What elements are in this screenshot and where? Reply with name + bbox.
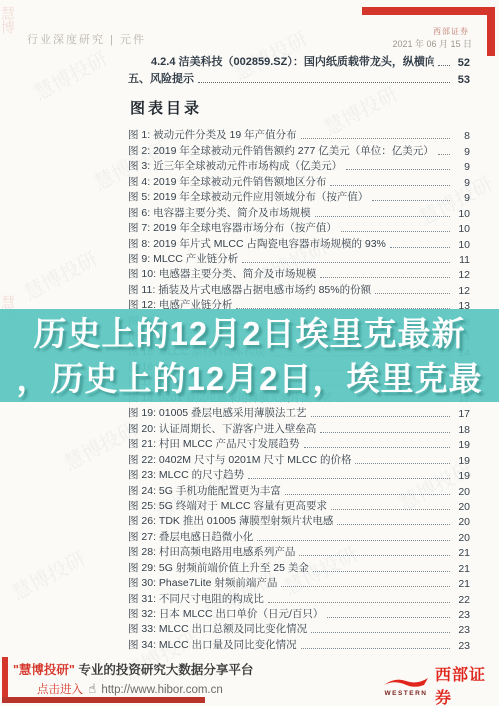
toc-row[interactable]: 图 25: 5G 终端对于 MLCC 容量有更高要求20: [128, 498, 470, 513]
corner-decoration-bottom: [2, 697, 205, 703]
toc-row[interactable]: 图 30: Phase7Lite 射频前端产品21: [128, 575, 470, 590]
toc-row[interactable]: 图 22: 0402M 尺寸与 0201M 尺寸 MLCC 的价格19: [128, 451, 470, 466]
dotted-leader: [341, 231, 450, 232]
western-securities-logo: WESTERN 西部证券: [383, 662, 499, 706]
toc-entry-page: 10: [454, 223, 470, 235]
toc-entry-page: 20: [454, 501, 470, 513]
toc-row[interactable]: 图 3: 近三年全球被动元件市场构成（亿美元）9: [128, 158, 470, 173]
toc-entry-page: 10: [454, 208, 470, 220]
toc-entry-label: 图 9: MLCC 产业链分析: [128, 251, 238, 266]
toc-entry-page: 53: [454, 74, 470, 86]
report-page: 慧博投研慧博投研慧博投研慧博投研慧博投研慧博投研慧博投研慧博投研慧博投研慧博投研…: [0, 0, 499, 706]
toc-entry-label: 图 4: 2019 年全球被动元件销售额地区分布: [128, 174, 326, 189]
toc-entry-page: 10: [454, 239, 470, 251]
page-watermark: 慧博投研: [6, 543, 90, 606]
dotted-leader: [390, 247, 450, 248]
toc-row[interactable]: 图 31: 不同尺寸电阻的构成比22: [128, 590, 470, 605]
report-type-label: 行业深度研究 | 元件: [27, 31, 146, 47]
toc-entry-page: 20: [454, 486, 470, 498]
dotted-leader: [315, 216, 450, 217]
toc-row[interactable]: 图 28: 村田高频电路用电感系列产品21: [128, 544, 470, 559]
toc-entry-label: 图 24: 5G 手机功能配置更为丰富: [128, 483, 281, 498]
toc-entry-label: 图 34: MLCC 出口量及同比变化情况: [128, 637, 297, 652]
toc-entry-label: 图 27: 叠层电感日趋微小化: [128, 529, 253, 544]
dotted-leader: [198, 82, 450, 83]
dotted-leader: [257, 540, 450, 541]
dotted-leader: [330, 185, 450, 186]
page-watermark: 慧博投研: [28, 43, 112, 106]
page-watermark: 慧博投研: [18, 243, 102, 306]
toc-entry-label: 图 6: 电容器主要分类、简介及市场规模: [128, 205, 311, 220]
dotted-leader: [268, 602, 450, 603]
toc-entry-page: 17: [454, 408, 470, 420]
toc-row[interactable]: 图 10: 电感器主要分类、简介及市场规模12: [128, 266, 470, 281]
toc-entry-label: 图 1: 被动元件分类及 19 年产值分布: [128, 127, 297, 142]
toc-entry-label: 图 11: 插装及片式电感器占据电感市场约 85%的份额: [128, 282, 371, 297]
toc-row[interactable]: 图 21: 村田 MLCC 产品尺寸发展趋势19: [128, 436, 470, 451]
toc-entry-page: 9: [454, 161, 470, 173]
toc-row[interactable]: 图 24: 5G 手机功能配置更为丰富20: [128, 482, 470, 497]
dotted-leader: [320, 432, 450, 433]
dotted-leader: [331, 509, 450, 510]
hibor-url-link[interactable]: http://www.hibor.com.cn: [101, 684, 222, 696]
hibor-tagline-row: "慧博投研" 专业的投资研究大数据分享平台: [13, 660, 253, 678]
toc-entry-page: 23: [454, 624, 470, 636]
toc-row[interactable]: 图 7: 2019 年全球电容器市场分布（按产值）10: [128, 220, 470, 235]
dotted-leader: [372, 200, 450, 201]
toc-entry-page: 19: [454, 439, 470, 451]
logo-chinese-text: 西部证券: [435, 662, 499, 706]
dotted-leader: [438, 154, 450, 155]
toc-entry-label: 图 33: MLCC 出口总额及同比变化情况: [128, 621, 307, 636]
toc-entry-page: 9: [454, 192, 470, 204]
toc-row[interactable]: 图 23: MLCC 的尺寸趋势19: [128, 467, 470, 482]
toc-entry-page: 12: [454, 285, 470, 297]
header-brand-label: 西部证券: [433, 26, 469, 37]
toc-row[interactable]: 图 34: MLCC 出口量及同比变化情况23: [128, 636, 470, 651]
toc-entry-label: 图 7: 2019 年全球电容器市场分布（按产值）: [128, 220, 337, 235]
toc-entry-page: 12: [454, 269, 470, 281]
toc-row[interactable]: 图 1: 被动元件分类及 19 年产值分布8: [128, 127, 470, 142]
toc-row[interactable]: 图 2: 2019 年全球被动元件销售额约 277 亿美元（单位：亿美元）9: [128, 142, 470, 157]
toc-entry-label: 图 19: 01005 叠层电感采用薄膜法工艺: [128, 405, 307, 420]
dotted-leader: [375, 293, 450, 294]
toc-entry-label: 图 31: 不同尺寸电阻的构成比: [128, 591, 264, 606]
toc-entry-page: 22: [454, 594, 470, 606]
toc-row[interactable]: 图 11: 插装及片式电感器占据电感市场约 85%的份额12: [128, 281, 470, 296]
toc-row[interactable]: 图 20: 认证周期长、下游客户进入壁垒高18: [128, 420, 470, 435]
toc-entry-label: 图 10: 电感器主要分类、简介及市场规模: [128, 266, 316, 281]
toc-entry-label: 图 30: Phase7Lite 射频前端产品: [128, 575, 277, 590]
dotted-leader: [304, 447, 450, 448]
corner-decoration-top: [362, 7, 495, 15]
toc-entry-label: 4.2.4 洁美科技（002859.SZ）：国内纸质载带龙头，纵横向一体化发展: [151, 53, 434, 69]
toc-entry-label: 图 2: 2019 年全球被动元件销售额约 277 亿美元（单位：亿美元）: [128, 143, 434, 158]
toc-row[interactable]: 图 33: MLCC 出口总额及同比变化情况23: [128, 621, 470, 636]
toc-row[interactable]: 图 19: 01005 叠层电感采用薄膜法工艺17: [128, 405, 470, 420]
toc-row[interactable]: 图 5: 2019 年全球被动元件应用领域分布（按产值）9: [128, 189, 470, 204]
dotted-leader: [346, 169, 450, 170]
toc-entry-page: 19: [454, 455, 470, 467]
toc-entry-label: 图 21: 村田 MLCC 产品尺寸发展趋势: [128, 436, 300, 451]
toc-tail-section: 4.2.4 洁美科技（002859.SZ）：国内纸质载带龙头，纵横向一体化发展5…: [128, 53, 470, 87]
toc-entry-label: 图 25: 5G 终端对于 MLCC 容量有更高要求: [128, 498, 327, 513]
logo-english-text: WESTERN: [385, 690, 428, 697]
dotted-leader: [299, 555, 450, 556]
hand-cursor-icon: ☝: [88, 681, 96, 696]
dotted-leader: [311, 416, 450, 417]
dotted-leader: [301, 648, 450, 649]
toc-row[interactable]: 图 26: TDK 推出 01005 薄膜型射频片状电感20: [128, 513, 470, 528]
toc-entry-label: 图 32: 日本 MLCC 出口单价（日元/百只）: [128, 606, 323, 621]
toc-entry-page: 11: [454, 254, 470, 266]
dotted-leader: [301, 138, 450, 139]
toc-row[interactable]: 图 4: 2019 年全球被动元件销售额地区分布9: [128, 173, 470, 188]
toc-entry-page: 9: [454, 146, 470, 158]
hibor-tagline: 专业的投资研究大数据分享平台: [78, 663, 253, 677]
dotted-leader: [313, 571, 450, 572]
overlay-title-line2: ，历史上的12月2日，埃里克最: [0, 356, 499, 401]
toc-entry-label: 五、风险提示: [128, 70, 194, 86]
toc-entry-label: 图 26: TDK 推出 01005 薄膜型射频片状电感: [128, 513, 333, 528]
toc-entry-label: 图 28: 村田高频电路用电感系列产品: [128, 544, 295, 559]
dotted-leader: [327, 617, 450, 618]
corner-decoration-top: [487, 7, 495, 56]
toc-row[interactable]: 图 9: MLCC 产业链分析11: [128, 251, 470, 266]
toc-entry-label: 图 8: 2019 年片式 MLCC 占陶瓷电容器市场规模的 93%: [128, 236, 386, 251]
toc-entry-page: 52: [454, 57, 470, 69]
toc-row[interactable]: 4.2.4 洁美科技（002859.SZ）：国内纸质载带龙头，纵横向一体化发展5…: [128, 53, 470, 69]
figure-directory-heading: 图表目录: [130, 97, 202, 118]
overlay-banner: 历史上的12月2日埃里克最新 ，历史上的12月2日，埃里克最: [0, 309, 499, 402]
toc-entry-page: 23: [454, 609, 470, 621]
dotted-leader: [438, 65, 450, 66]
toc-entry-page: 23: [454, 640, 470, 652]
toc-entry-label: 图 5: 2019 年全球被动元件应用领域分布（按产值）: [128, 189, 368, 204]
toc-entry-page: 21: [454, 578, 470, 590]
toc-entry-page: 18: [454, 424, 470, 436]
dotted-leader: [242, 262, 450, 263]
dotted-leader: [320, 277, 450, 278]
dotted-leader: [337, 524, 450, 525]
toc-row[interactable]: 图 8: 2019 年片式 MLCC 占陶瓷电容器市场规模的 93%10: [128, 235, 470, 250]
toc-entry-label: 图 22: 0402M 尺寸与 0201M 尺寸 MLCC 的价格: [128, 452, 351, 467]
report-date: 2021 年 06 月 15 日: [392, 37, 472, 50]
overlay-title-line1: 历史上的12月2日埃里克最新: [0, 311, 499, 356]
hibor-link-row[interactable]: 点击进入 ☝ http://www.hibor.com.cn: [37, 681, 223, 697]
dotted-leader: [281, 586, 450, 587]
toc-row[interactable]: 五、风险提示53: [128, 70, 470, 86]
toc-entry-label: 图 3: 近三年全球被动元件市场构成（亿美元）: [128, 158, 342, 173]
toc-row[interactable]: 图 32: 日本 MLCC 出口单价（日元/百只）23: [128, 606, 470, 621]
toc-row[interactable]: 图 27: 叠层电感日趋微小化20: [128, 528, 470, 543]
toc-entry-label: 图 23: MLCC 的尺寸趋势: [128, 467, 244, 482]
dotted-leader: [285, 494, 450, 495]
toc-entry-page: 19: [454, 470, 470, 482]
edge-watermark: 慧博: [0, 6, 18, 34]
toc-row[interactable]: 图 29: 5G 射频前端价值上升至 25 美金21: [128, 559, 470, 574]
toc-entry-page: 21: [454, 563, 470, 575]
toc-entry-label: 图 20: 认证周期长、下游客户进入壁垒高: [128, 421, 316, 436]
toc-entry-page: 20: [454, 532, 470, 544]
toc-entry-label: 图 29: 5G 射频前端价值上升至 25 美金: [128, 560, 309, 575]
toc-row[interactable]: 图 6: 电容器主要分类、简介及市场规模10: [128, 204, 470, 219]
toc-entry-page: 20: [454, 516, 470, 528]
dotted-leader: [311, 632, 450, 633]
toc-entry-page: 9: [454, 177, 470, 189]
toc-entry-page: 21: [454, 547, 470, 559]
toc-entry-page: 8: [454, 130, 470, 142]
click-enter-label[interactable]: 点击进入: [37, 684, 83, 696]
dotted-leader: [248, 478, 450, 479]
hibor-brand-label: "慧博投研": [13, 663, 75, 677]
dotted-leader: [355, 463, 450, 464]
